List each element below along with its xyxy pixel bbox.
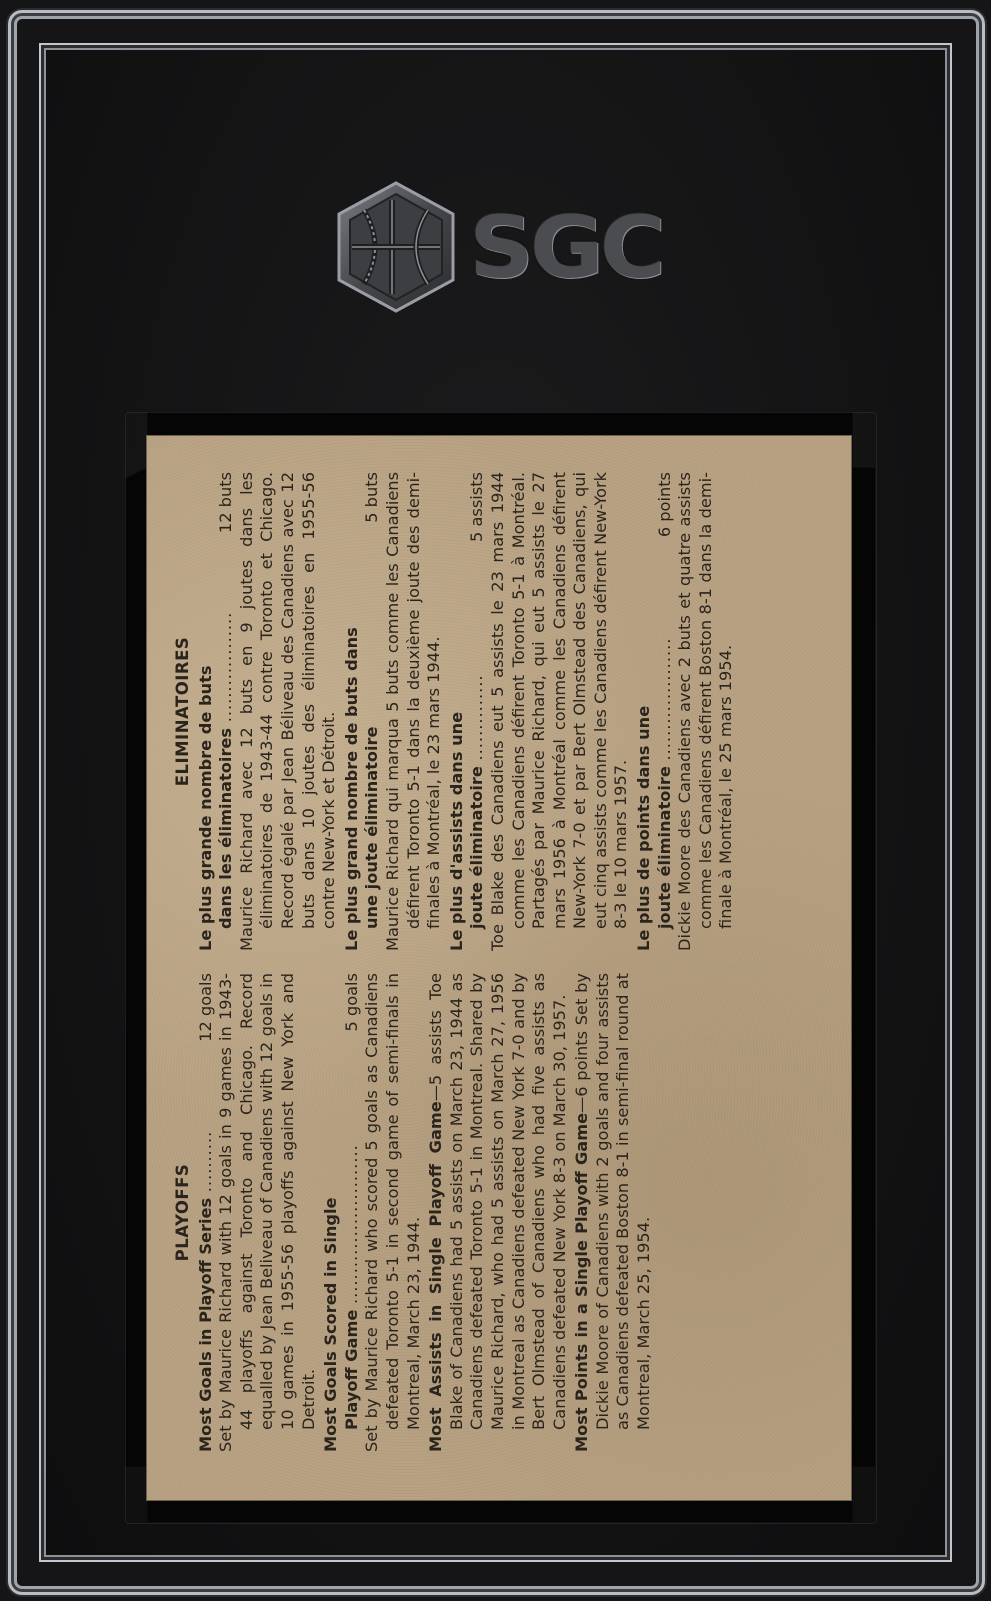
record-heading-line2: une joute éliminatoire 5 buts <box>362 472 383 951</box>
record-heading-text: Most Points in a Single Playoff Game <box>572 1113 591 1452</box>
record-description: Toe Blake des Canadiens eut 5 assists le… <box>488 472 632 951</box>
record-heading-text: joute éliminatoire <box>467 766 486 929</box>
record-heading-text: joute éliminatoire <box>655 766 674 929</box>
leader-dots: .............. <box>467 674 486 760</box>
section-title-eliminatoires: ELIMINATOIRES <box>173 472 194 951</box>
record-inline: Most Points in a Single Playoff Game—6 p… <box>572 973 654 1452</box>
record-heading: Le plus grande nombre de buts dans les é… <box>196 472 237 951</box>
record-description: Set by Maurice Richard who scored 5 goal… <box>362 973 424 1452</box>
section-title-playoffs: PLAYOFFS <box>173 973 194 1452</box>
record-value: 12 goals <box>196 973 217 1042</box>
record-heading-line2: dans les éliminatoires .................… <box>216 472 237 951</box>
card-text-rotated: PLAYOFFS Most Goals in Playoff Series ..… <box>147 436 851 1500</box>
record-value: 12 buts <box>216 472 237 533</box>
record-most-goals-game: Most Goals Scored in Single Playoff Game… <box>321 973 424 1452</box>
sgc-wordmark: SGC <box>469 198 662 298</box>
record-heading-text: dans les éliminatoires <box>216 728 235 929</box>
record-value: 6 points <box>572 1031 591 1097</box>
record-heading-text: Le plus d'assists dans une <box>447 712 466 951</box>
record-heading: Le plus de points dans une joute élimina… <box>634 472 675 951</box>
record-heading: Most Goals Scored in Single Playoff Game… <box>321 973 362 1452</box>
record-heading-text: Le plus grande nombre de buts <box>196 666 215 951</box>
record-buts-joute: Le plus grand nombre de buts dans une jo… <box>342 472 445 951</box>
record-value: 6 points <box>655 472 676 537</box>
record-value: 5 buts <box>362 472 383 523</box>
grading-slab: SGC PLAYOFFS Most Goals in Playoff Serie… <box>0 0 991 1601</box>
record-buts-eliminatoires: Le plus grande nombre de buts dans les é… <box>196 472 340 951</box>
record-heading-text: Le plus de points dans une <box>634 706 653 951</box>
record-description: Set by Maurice Richard with 12 goals in … <box>216 973 319 1452</box>
leader-dots: .......... <box>196 1131 215 1192</box>
sgc-logo: SGC <box>334 180 664 320</box>
record-most-points-game: Most Points in a Single Playoff Game—6 p… <box>572 973 654 1452</box>
trading-card-back: PLAYOFFS Most Goals in Playoff Series ..… <box>147 436 851 1500</box>
record-assists-joute: Le plus d'assists dans une joute élimina… <box>447 472 632 951</box>
record-description: Maurice Richard avec 12 buts en 9 joutes… <box>237 472 340 951</box>
baseball-basketball-hexagon-icon <box>334 180 458 314</box>
leader-dots: .......................... <box>342 1144 361 1304</box>
column-english: PLAYOFFS Most Goals in Playoff Series ..… <box>173 973 833 1452</box>
record-heading-text: Playoff Game <box>342 1310 361 1430</box>
record-description: Toe Blake of Canadiens had 5 assists on … <box>426 973 569 1430</box>
record-heading-line2: joute éliminatoire .................... … <box>655 472 676 951</box>
record-heading-text: Most Assists in Single Playoff Game <box>426 1101 445 1452</box>
record-value: 5 assists <box>467 472 488 542</box>
record-heading-line2: joute éliminatoire .............. 5 assi… <box>467 472 488 951</box>
record-description: Dickie Moore des Canadiens avec 2 buts e… <box>675 472 737 951</box>
record-heading-text: Le plus grand nombre de buts dans <box>342 627 361 951</box>
record-heading: Le plus grand nombre de buts dans une jo… <box>342 472 383 951</box>
record-heading-text: une joute éliminatoire <box>362 726 381 929</box>
record-heading: Le plus d'assists dans une joute élimina… <box>447 472 488 951</box>
record-most-goals-series: Most Goals in Playoff Series .......... … <box>196 973 320 1452</box>
record-value: 5 goals <box>342 973 363 1031</box>
record-description: Maurice Richard qui marqua 5 buts comme … <box>383 472 445 951</box>
record-heading: Most Goals in Playoff Series .......... … <box>196 973 217 1452</box>
column-french: ELIMINATOIRES Le plus grande nombre de b… <box>173 472 833 951</box>
record-inline: Most Assists in Single Playoff Game—5 as… <box>426 973 570 1452</box>
leader-dots: .................... <box>655 638 674 761</box>
record-most-assists-game: Most Assists in Single Playoff Game—5 as… <box>426 973 570 1452</box>
record-heading-text: Most Goals in Playoff Series <box>196 1198 215 1452</box>
record-value: 5 assists <box>426 1010 445 1085</box>
record-heading-text: Most Goals Scored in Single <box>321 1197 340 1452</box>
leader-dots: .................. <box>216 612 235 723</box>
record-heading-line2: Playoff Game .......................... … <box>342 973 363 1452</box>
record-points-joute: Le plus de points dans une joute élimina… <box>634 472 737 951</box>
